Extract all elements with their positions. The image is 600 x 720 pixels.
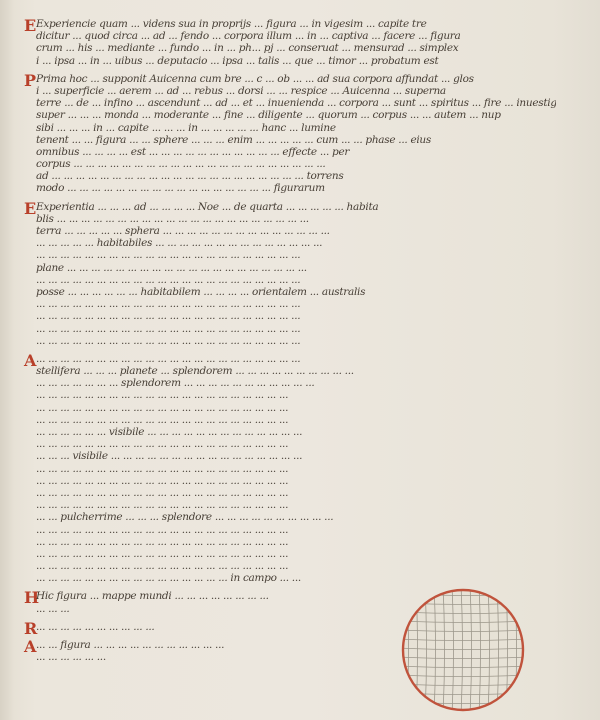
mappa-mundi-diagram [398, 585, 528, 715]
manuscript-line: ... ... ... ... ... ... ... ... ... ... … [36, 323, 556, 335]
manuscript-line: ... ... ... ... ... ... ... ... ... ... … [36, 560, 556, 572]
manuscript-line: ... ... ... ... ... ... ... ... ... ... … [36, 274, 556, 286]
manuscript-line: ... ... ... ... ... ... ... ... ... ... … [36, 548, 556, 560]
manuscript-line: super ... ... ... monda ... moderante ..… [36, 109, 556, 121]
manuscript-line: ... ... ... ... ... ... visibile ... ...… [36, 426, 556, 438]
paragraph: EExperiencie quam ... videns sua in prop… [36, 18, 556, 67]
manuscript-line: posse ... ... ... ... ... ... habitabile… [36, 286, 556, 298]
manuscript-line: blis ... ... ... ... ... ... ... ... ...… [36, 213, 556, 225]
manuscript-line: ... ... ... ... ... ... ... ... ... ... … [36, 438, 556, 450]
manuscript-line: ... ... ... ... ... ... ... ... ... ... … [36, 402, 556, 414]
rubricated-initial: E [24, 199, 36, 218]
manuscript-page: EExperiencie quam ... videns sua in prop… [0, 0, 600, 720]
manuscript-line: i ... superficie ... aerem ... ad ... re… [36, 85, 556, 97]
manuscript-line: ... ... ... ... ... ... ... ... ... ... … [36, 487, 556, 499]
manuscript-line: modo ... ... ... ... ... ... ... ... ...… [36, 182, 556, 194]
manuscript-line: crum ... his ... mediante ... fundo ... … [36, 42, 556, 54]
manuscript-line: ... ... ... ... ... ... ... ... ... ... … [36, 389, 556, 401]
manuscript-line: Experiencie quam ... videns sua in propr… [36, 18, 556, 30]
manuscript-line: sibi ... ... ... in ... capite ... ... .… [36, 122, 556, 134]
manuscript-line: dicitur ... quod circa ... ad ... fendo … [36, 30, 556, 42]
manuscript-line: ... ... ... ... ... ... ... ... ... ... … [36, 414, 556, 426]
manuscript-line: Experientia ... ... ... ad ... ... ... .… [36, 201, 556, 213]
manuscript-line: ad ... ... ... ... ... ... ... ... ... .… [36, 170, 556, 182]
text-block: EExperiencie quam ... videns sua in prop… [36, 18, 556, 669]
manuscript-line: ... ... ... ... ... ... ... ... ... ... … [36, 572, 556, 584]
manuscript-line: ... ... ... ... ... ... ... ... ... ... … [36, 353, 556, 365]
manuscript-line: ... ... ... ... ... ... ... splendorem .… [36, 377, 556, 389]
binding-gutter [0, 0, 14, 720]
manuscript-line: ... ... ... ... ... ... ... ... ... ... … [36, 310, 556, 322]
manuscript-line: ... ... ... ... ... ... ... ... ... ... … [36, 463, 556, 475]
manuscript-line: tenent ... ... figura ... ... sphere ...… [36, 134, 556, 146]
manuscript-line: omnibus ... ... ... ... est ... ... ... … [36, 146, 556, 158]
manuscript-line: terre ... de ... infino ... ascendunt ..… [36, 97, 556, 109]
manuscript-line: ... ... ... ... ... ... ... ... ... ... … [36, 249, 556, 261]
manuscript-line: ... ... ... ... ... ... ... ... ... ... … [36, 499, 556, 511]
manuscript-line: ... ... ... ... ... ... ... ... ... ... … [36, 536, 556, 548]
manuscript-line: i ... ipsa ... in ... uibus ... deputaci… [36, 55, 556, 67]
rubricated-initial: A [24, 351, 36, 370]
manuscript-line: stellifera ... ... ... planete ... splen… [36, 365, 556, 377]
manuscript-line: ... ... ... ... ... ... ... ... ... ... … [36, 335, 556, 347]
rubricated-initial: A [24, 637, 36, 656]
manuscript-line: ... ... ... ... ... ... ... ... ... ... … [36, 475, 556, 487]
manuscript-line: ... ... ... visibile ... ... ... ... ...… [36, 450, 556, 462]
manuscript-line: ... ... ... ... ... habitabiles ... ... … [36, 237, 556, 249]
manuscript-line: ... ... pulcherrime ... ... ... splendor… [36, 511, 556, 523]
paragraph: A... ... ... ... ... ... ... ... ... ...… [36, 353, 556, 585]
manuscript-line: terra ... ... ... ... ... sphera ... ...… [36, 225, 556, 237]
rubricated-initial: E [24, 16, 36, 35]
manuscript-line: plane ... ... ... ... ... ... ... ... ..… [36, 262, 556, 274]
paragraph: PPrima hoc ... supponit Auicenna cum bre… [36, 73, 556, 195]
paragraph: EExperientia ... ... ... ad ... ... ... … [36, 201, 556, 347]
manuscript-line: corpus ... ... ... ... ... ... ... ... .… [36, 158, 556, 170]
manuscript-line: Prima hoc ... supponit Auicenna cum bre … [36, 73, 556, 85]
manuscript-line: ... ... ... ... ... ... ... ... ... ... … [36, 524, 556, 536]
manuscript-line: ... ... ... ... ... ... ... ... ... ... … [36, 298, 556, 310]
rubricated-initial: P [24, 71, 36, 90]
